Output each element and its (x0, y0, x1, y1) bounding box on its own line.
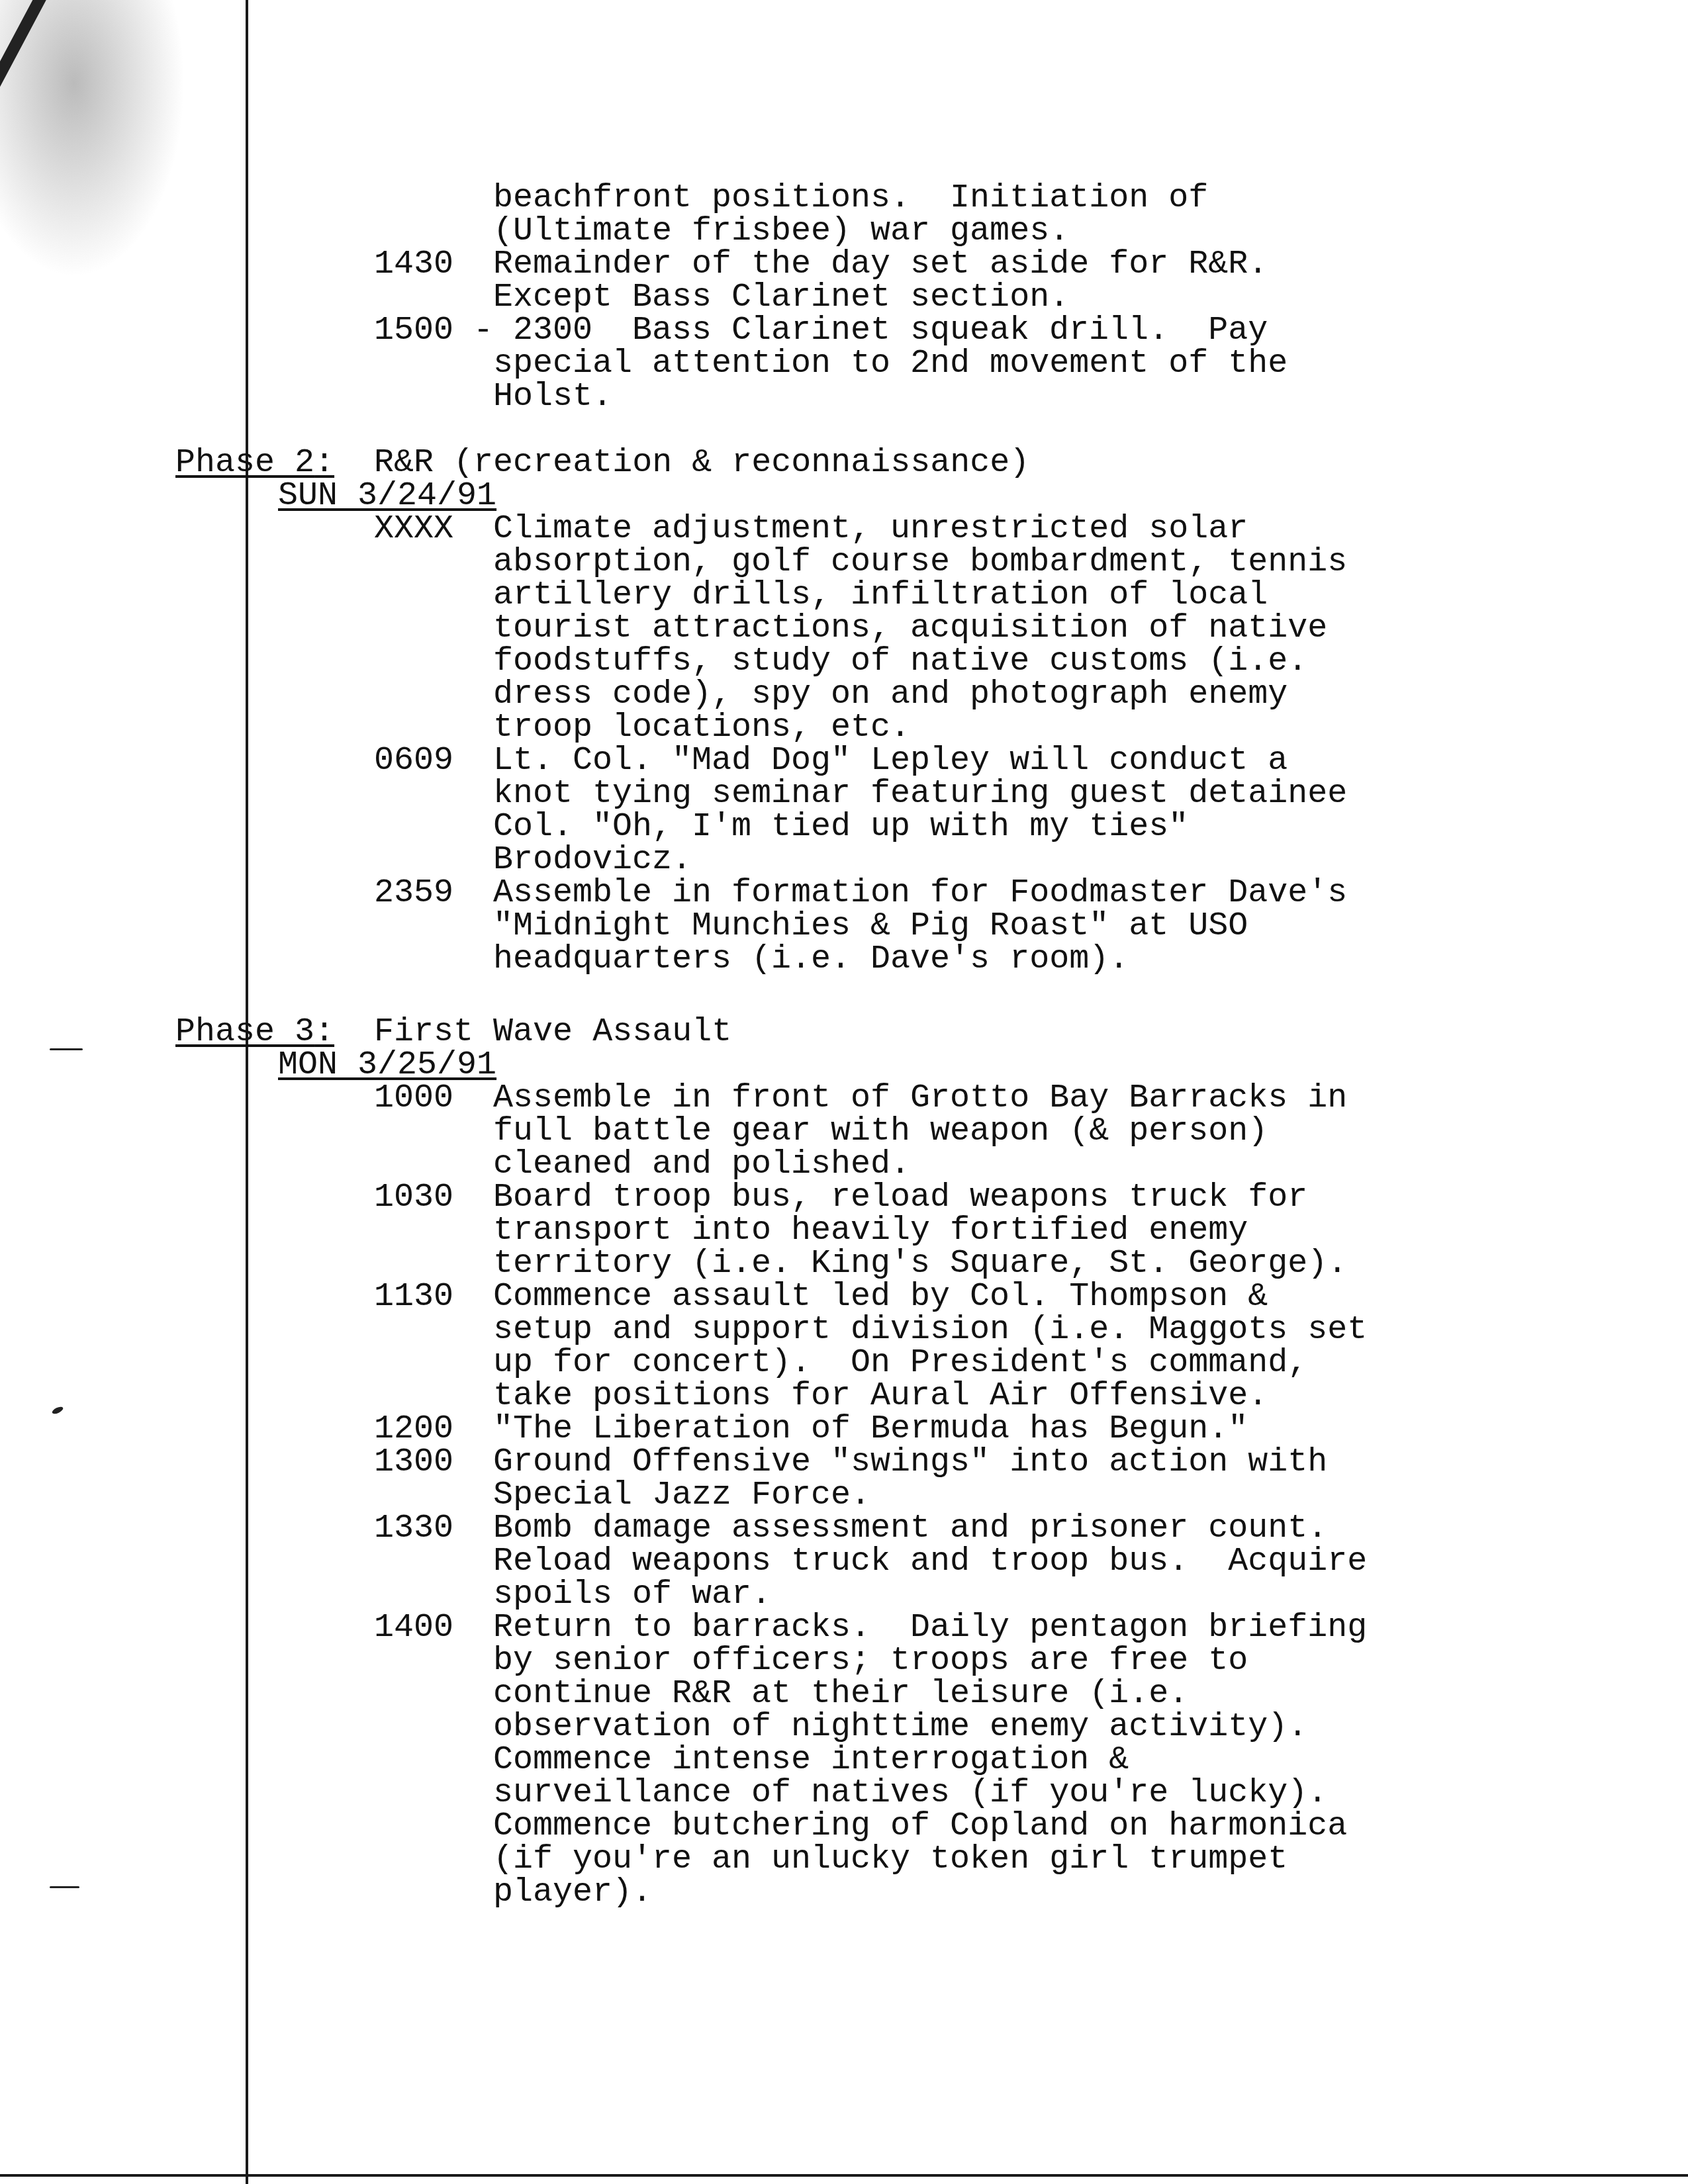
date-heading: SUN 3/24/91 (278, 480, 496, 513)
phase-label: Phase 2 (175, 444, 314, 482)
entry-text: territory (i.e. King's Square, St. Georg… (493, 1248, 1347, 1281)
entry-text: continue R&R at their leisure (i.e. (493, 1678, 1188, 1711)
entry-time: 1400 (374, 1612, 453, 1645)
entry-text: surveillance of natives (if you're lucky… (493, 1777, 1327, 1810)
entry-text: take positions for Aural Air Offensive. (493, 1380, 1268, 1413)
entry-text: Ground Offensive "swings" into action wi… (493, 1446, 1327, 1479)
entry-text: absorption, golf course bombardment, ten… (493, 546, 1347, 579)
entry-text: Return to barracks. Daily pentagon brief… (493, 1612, 1367, 1645)
phase-title: First Wave Assault (374, 1013, 731, 1051)
entry-text: observation of nighttime enemy activity)… (493, 1711, 1307, 1744)
entry-text: Assemble in front of Grotto Bay Barracks… (493, 1082, 1347, 1115)
entry-text: "The Liberation of Bermuda has Begun." (493, 1413, 1248, 1446)
entry-text: by senior officers; troops are free to (493, 1645, 1248, 1678)
entry-text: Special Jazz Force. (493, 1479, 870, 1512)
entry-text: Brodovicz. (493, 844, 692, 877)
entry-text: Except Bass Clarinet section. (493, 281, 1069, 314)
entry-text: Commence assault led by Col. Thompson & (493, 1281, 1268, 1314)
bottom-edge-rule (0, 2174, 1688, 2177)
left-margin-rule (246, 0, 248, 2184)
entry-time: XXXX (374, 513, 453, 546)
entry-text: full battle gear with weapon (& person) (493, 1115, 1268, 1148)
entry-text: Commence intense interrogation & (493, 1744, 1129, 1777)
scan-speck (50, 1048, 83, 1050)
entry-text: Lt. Col. "Mad Dog" Lepley will conduct a (493, 745, 1288, 778)
entry-text: dress code), spy on and photograph enemy (493, 678, 1288, 711)
entry-text: Board troop bus, reload weapons truck fo… (493, 1181, 1307, 1214)
phase-label: Phase 3 (175, 1013, 314, 1051)
entry-time: 1330 (374, 1512, 453, 1545)
scan-artifact-smudge (0, 0, 185, 278)
phase-heading: Phase 3: First Wave Assault (175, 1016, 731, 1049)
entry-time: 1000 (374, 1082, 453, 1115)
entry-time: 1200 (374, 1413, 453, 1446)
entry-text: headquarters (i.e. Dave's room). (493, 943, 1129, 976)
entry-time: 1130 (374, 1281, 453, 1314)
entry-text: cleaned and polished. (493, 1148, 910, 1181)
entry-text: (if you're an unlucky token girl trumpet (493, 1843, 1288, 1876)
entry-text: Bomb damage assessment and prisoner coun… (493, 1512, 1327, 1545)
entry-text: Reload weapons truck and troop bus. Acqu… (493, 1545, 1367, 1578)
entry-time: 1300 (374, 1446, 453, 1479)
entry-text: spoils of war. (493, 1578, 771, 1612)
entry-text: Commence butchering of Copland on harmon… (493, 1810, 1347, 1843)
entry-text: foodstuffs, study of native customs (i.e… (493, 645, 1307, 678)
entry-time: 0609 (374, 745, 453, 778)
entry-text: tourist attractions, acquisition of nati… (493, 612, 1327, 645)
entry-text: Bass Clarinet squeak drill. Pay (632, 314, 1268, 347)
entry-text: artillery drills, infiltration of local (493, 579, 1268, 612)
entry-text: Assemble in formation for Foodmaster Dav… (493, 877, 1347, 910)
date-heading: MON 3/25/91 (278, 1049, 496, 1082)
entry-text: troop locations, etc. (493, 711, 910, 745)
entry-text: player). (493, 1876, 652, 1909)
phase-title: R&R (recreation & reconnaissance) (374, 444, 1029, 482)
entry-time: 1030 (374, 1181, 453, 1214)
entry-text: "Midnight Munchies & Pig Roast" at USO (493, 910, 1248, 943)
phase-heading: Phase 2: R&R (recreation & reconnaissanc… (175, 447, 1029, 480)
entry-text: knot tying seminar featuring guest detai… (493, 778, 1347, 811)
entry-text: Remainder of the day set aside for R&R. (493, 248, 1268, 281)
continuation-line: (Ultimate frisbee) war games. (493, 215, 1069, 248)
entry-text: special attention to 2nd movement of the (493, 347, 1288, 381)
entry-text: transport into heavily fortified enemy (493, 1214, 1248, 1248)
entry-text: up for concert). On President's command, (493, 1347, 1307, 1380)
scan-speck (51, 1406, 64, 1416)
entry-text: Holst. (493, 381, 612, 414)
entry-text: setup and support division (i.e. Maggots… (493, 1314, 1367, 1347)
entry-text: Climate adjustment, unrestricted solar (493, 513, 1248, 546)
entry-time: 2359 (374, 877, 453, 910)
continuation-line: beachfront positions. Initiation of (493, 182, 1208, 215)
scan-speck (50, 1886, 79, 1888)
entry-text: Col. "Oh, I'm tied up with my ties" (493, 811, 1188, 844)
entry-time: 1430 (374, 248, 453, 281)
entry-time: 1500 - 2300 (374, 314, 592, 347)
